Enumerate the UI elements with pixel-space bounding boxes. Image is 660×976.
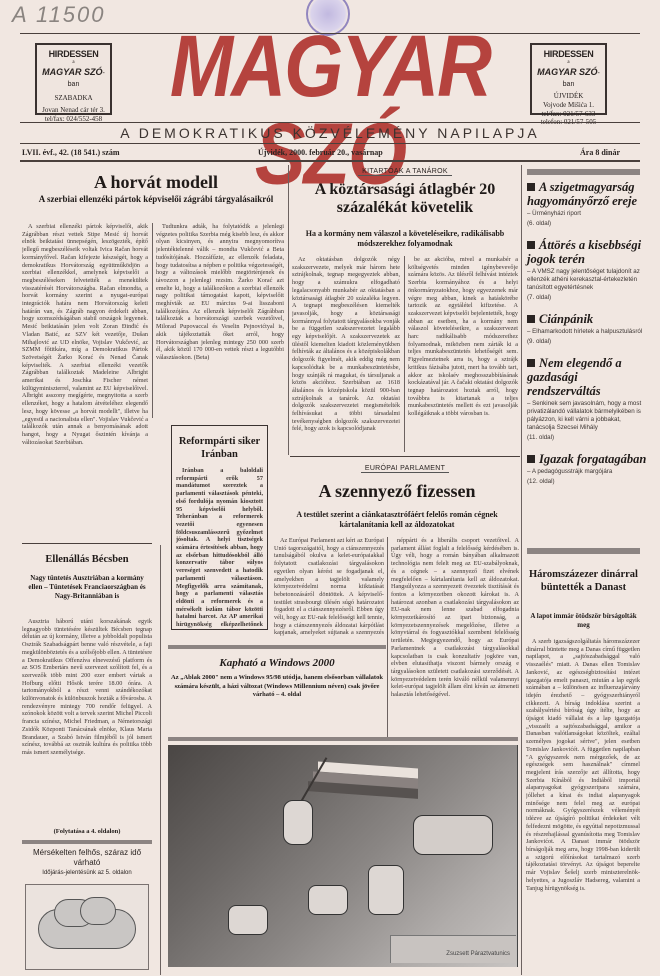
article-koztarsasagi-col1: Az oktatásban dolgozók négy szakszerveze… (292, 256, 400, 452)
article-becs-continued[interactable]: (Folytatása a 4. oldalon) (22, 828, 152, 835)
cartoon-border (168, 745, 518, 967)
windows-promo-title[interactable]: Kapható a Windows 2000 (168, 657, 386, 669)
promo-top-bar (168, 645, 386, 649)
ad-left-address: Jovan Nenad cár tér 3. (39, 106, 108, 115)
sidebar-top-bar (527, 169, 640, 175)
bullet-square-icon (527, 241, 535, 249)
article-koztarsasagi-subtitle: Ha a kormány nem válaszol a követeléseik… (296, 229, 514, 249)
issue-date: Újvidék, 2000. február 20., vasárnap (258, 148, 383, 157)
column-separator (152, 223, 153, 418)
article-szennyezo-col2: néppárti és a liberális csoport vezetőiv… (391, 537, 519, 737)
tagline-rule-bottom (20, 143, 640, 144)
caption-box: Zsuzsett Páraztvatunics (390, 935, 516, 963)
weather-top-bar (22, 840, 152, 844)
article-iran-box: Reformpárti siker Iránban Iránban a balo… (171, 425, 268, 630)
issue-price: Ára 8 dinár (580, 148, 620, 157)
promo-bottom-bar (168, 737, 518, 741)
ad-right-address: Vojvode Mišića 1. (534, 101, 603, 110)
ad-right-line1: HIRDESSEN (534, 49, 603, 60)
section-rule (22, 543, 152, 544)
article-szennyezo-title[interactable]: A szennyező fizessen (272, 481, 522, 502)
column-separator (160, 545, 161, 975)
article-becs-subtitle: Nagy tüntetés Ausztriában a kormány elle… (26, 574, 148, 601)
handwritten-note: A 11500 (12, 2, 106, 28)
article-szennyezo-kicker: EURÓPAI PARLAMENT (292, 465, 518, 472)
article-koztarsasagi-kicker: KITARTÓAK A TANÁROK (292, 168, 518, 175)
article-iran-title[interactable]: Reformpárti siker Iránban (176, 435, 263, 461)
sidebar-item[interactable]: Áttörés a kisebbségi jogok terén – A VMS… (527, 238, 647, 302)
weather-title: Mérsékelten felhős, száraz idő várható (22, 848, 152, 868)
article-danas-subtitle: A lapot immár ötödször bírságolták meg (527, 612, 640, 630)
ad-left-city: SZABADKA (39, 94, 108, 103)
sidebar-item[interactable]: A szigetmagyarság hagyományőrző ereje – … (527, 180, 647, 228)
column-separator (521, 165, 522, 975)
bullet-square-icon (527, 315, 535, 323)
article-koztarsasagi-title[interactable]: A köztársasági átlagbér 20 százalékát kö… (292, 181, 518, 217)
ad-left-line1: HIRDESSEN (39, 49, 108, 60)
section-rule (290, 456, 520, 457)
bullet-square-icon (527, 359, 535, 367)
masthead-tagline: A DEMOKRATIKUS KÖZVÉLEMÉNY NAPILAPJA (20, 125, 640, 141)
cartoon-caption: Zsuzsett Páraztvatunics (446, 951, 510, 957)
ad-right-city: ÚJVIDÉK (534, 92, 603, 101)
weather-text: Időjárás-jelentésünk az 5. oldalon (22, 870, 152, 876)
sidebar-item[interactable]: Nem elegendő a gazdasági rendszerváltás … (527, 356, 647, 442)
ad-right-brand: MAGYAR SZÓ-ban (534, 67, 603, 91)
ad-box-right: HIRDESSEN a MAGYAR SZÓ-ban ÚJVIDÉK Vojvo… (530, 43, 607, 115)
article-koztarsasagi-col2: be az akcióba, mivel a munkabér a költsé… (408, 256, 518, 452)
sidebar-item[interactable]: Igazak forgatagában – A pedagógusstrájk … (527, 452, 647, 486)
article-horvat-subtitle: A szerbiai ellenzéki pártok képviselői z… (28, 194, 284, 205)
article-horvat-title[interactable]: A horvát modell (28, 172, 284, 193)
article-szennyezo-subtitle: A testület szerint a ciánkatasztrófáért … (274, 510, 520, 530)
tagline-rule-top (20, 122, 640, 123)
article-becs-body: Ausztria háború utáni korszakának egyik … (22, 618, 152, 820)
article-szennyezo-col1: Az Európai Parlament azt kéri az Európai… (274, 537, 384, 637)
cartoon-image: Zsuzsett Páraztvatunics (168, 745, 518, 967)
dateline-rule (20, 160, 640, 162)
cloud-icon (80, 897, 116, 925)
ad-box-left: HIRDESSEN a MAGYAR SZÓ-ban SZABADKA Jova… (35, 43, 112, 115)
windows-promo-text: Az „Ablak 2000" nem a Windows 95/98 utód… (170, 674, 384, 700)
article-danas-body: A szerb igazságszolgáltatás háromszázeze… (526, 638, 640, 973)
article-iran-body: Iránban a baloldali reformpárti erők 57 … (176, 467, 263, 630)
article-becs-title[interactable]: Ellenállás Bécsben (22, 554, 152, 565)
weather-box (25, 884, 149, 970)
sidebar-bottom-bar (527, 548, 640, 554)
bullet-square-icon (527, 183, 535, 191)
column-separator (288, 165, 289, 455)
article-horvat-col2: Tudtunkra adták, ha folytatódik a jelenl… (156, 223, 284, 418)
ad-left-brand: MAGYAR SZÓ-ban (39, 67, 108, 91)
sidebar-index: A szigetmagyarság hagyományőrző ereje – … (527, 180, 647, 486)
ad-right-phone1: tel/fax: 021/57-633 (534, 110, 603, 119)
column-separator (404, 256, 405, 452)
article-danas-title[interactable]: Háromszázezer dinárral büntették a Danas… (527, 568, 640, 594)
sidebar-item[interactable]: Ciánpánik – Elhamarkodott hírletek a hal… (527, 312, 647, 346)
article-horvat-col1: A szerbiai ellenzéki pártok képviselői, … (22, 223, 148, 533)
issue-number: LVII. évf., 42. (18 541.) szám (22, 148, 119, 157)
column-separator (387, 537, 388, 737)
bullet-square-icon (527, 455, 535, 463)
